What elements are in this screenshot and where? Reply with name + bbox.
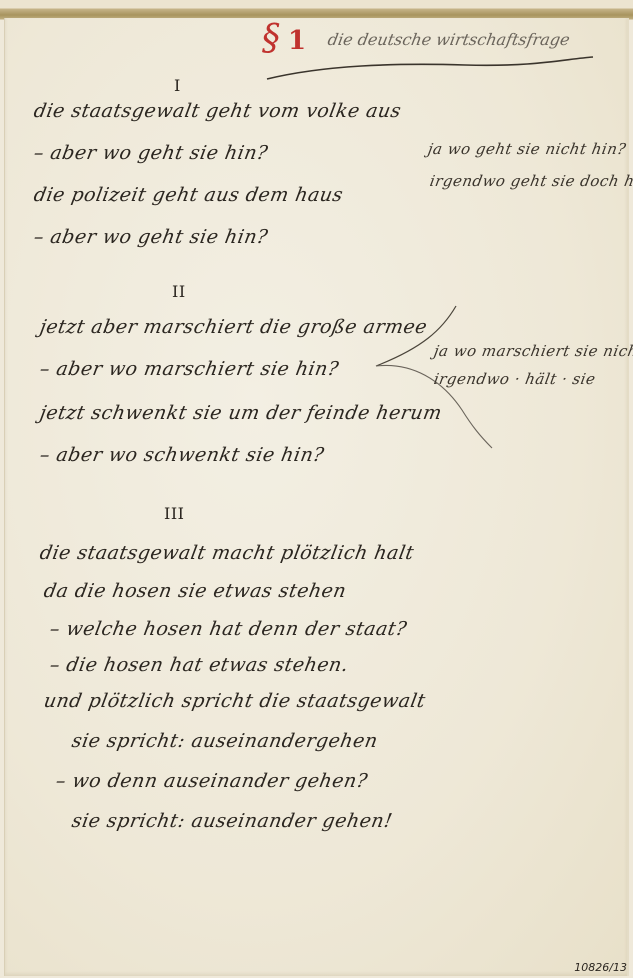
verse-line: – aber wo geht sie hin?: [32, 142, 270, 164]
verse-line: da die hosen sie etwas stehen: [42, 580, 348, 602]
verse-line: die staatsgewalt geht vom volke aus: [32, 100, 403, 122]
verse-line: – aber wo schwenkt sie hin?: [38, 444, 326, 466]
section-numeral-1: I: [174, 76, 181, 95]
margin-note-line: ja wo geht sie nicht hin?: [426, 140, 627, 158]
verse-line: – wo denn auseinander gehen?: [54, 770, 369, 792]
margin-note-line: irgendwo geht sie doch hin: [428, 172, 633, 190]
verse-line: und plötzlich spricht die staatsgewalt: [42, 690, 427, 712]
section-symbol: §: [262, 18, 280, 59]
margin-note-line: irgendwo · hält · sie: [432, 370, 597, 388]
verse-line: jetzt aber marschiert die große armee: [38, 316, 429, 338]
section-numeral-3: III: [164, 504, 184, 523]
section-numeral-2: II: [172, 282, 186, 301]
title-underline: [265, 55, 595, 85]
section-number: 1: [288, 26, 306, 56]
page-title: die deutsche wirtschaftsfrage: [326, 30, 571, 49]
verse-line: die staatsgewalt macht plötzlich halt: [38, 542, 416, 564]
verse-line: die polizeit geht aus dem haus: [32, 184, 345, 206]
notebook-binding: [0, 0, 633, 20]
verse-line: sie spricht: auseinandergehen: [70, 730, 380, 752]
verse-line: – die hosen hat etwas stehen.: [48, 654, 350, 676]
margin-note-line: ja wo marschiert sie nicht: [432, 342, 633, 360]
verse-line: – aber wo marschiert sie hin?: [38, 358, 341, 380]
verse-line: sie spricht: auseinander gehen!: [70, 810, 394, 832]
verse-line: – welche hosen hat denn der staat?: [48, 618, 409, 640]
archive-number: 10826/13: [574, 961, 627, 974]
verse-line: – aber wo geht sie hin?: [32, 226, 270, 248]
